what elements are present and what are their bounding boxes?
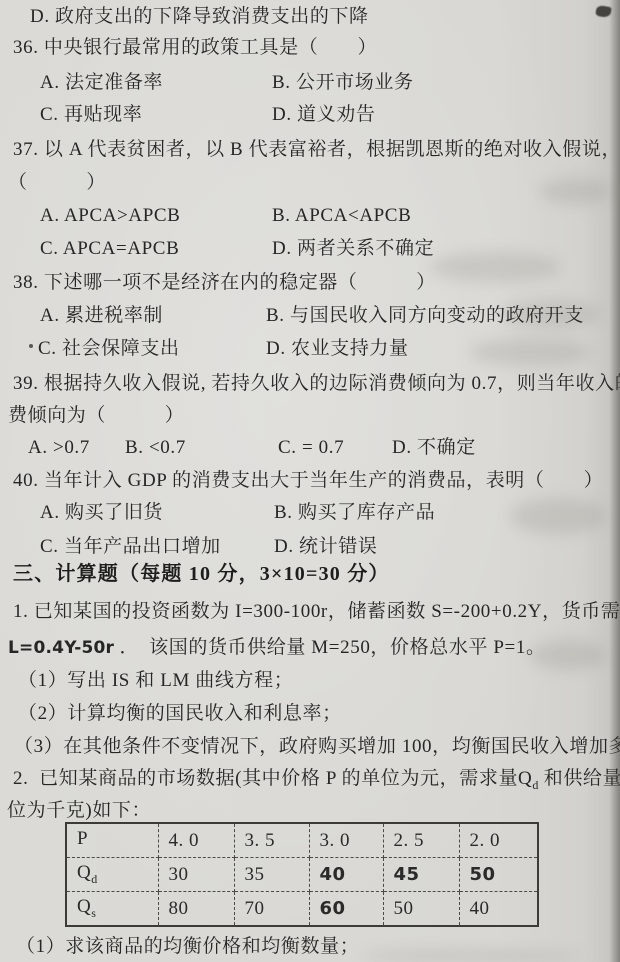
q37-option-d: D. 两者关系不确定 [272,238,434,260]
q38-option-a: A. 累进税率制 [40,305,163,327]
problem-1-line1: 1. 已知某国的投资函数为 I=300-100r，储蓄函数 S=-200+0.2… [13,601,620,623]
q39-option-a: A. >0.7 [28,437,90,459]
table-cell-label: Qd [66,858,158,892]
bleedthrough-smudge [430,252,560,282]
problem-2-line2: 位为千克)如下： [7,800,151,822]
bleedthrough-smudge [470,338,590,366]
problem-1-line2-rest: ． 该国的货币供给量 M=250，价格总水平 P=1。 [114,637,545,658]
q38-option-c: C. 社会保障支出 [38,338,180,360]
table-cell: 45 [383,858,459,892]
q40-stem: 40. 当年计入 GDP 的消费支出大于当年生产的消费品，表明（ ） [13,470,603,492]
table-cell: 2. 5 [383,823,459,858]
table-cell: 40 [459,892,538,927]
scanned-exam-page: D. 政府支出的下降导致消费支出的下降 36. 中央银行最常用的政策工具是（ ）… [0,0,620,962]
table-row-demand: Qd 30 35 40 45 50 [66,858,538,892]
problem-1-sub2: （2）计算均衡的国民收入和利息率； [18,703,342,725]
table-cell: 80 [158,892,234,927]
q37-option-a: A. APCA>APCB [40,205,180,227]
q37-option-b: B. APCA<APCB [272,205,411,227]
q36-option-c: C. 再贴现率 [40,104,142,126]
scan-speck [29,344,33,348]
problem-2-line1-b: 和供给量Q [538,768,620,789]
table-cell: 60 [309,892,383,927]
table-cell: 40 [309,858,383,892]
table-cell-label: Qs [66,892,158,927]
table-cell: 3. 5 [234,823,309,858]
page-edge-shadow [609,0,620,962]
q39-option-d: D. 不确定 [392,437,476,459]
q36-option-b: B. 公开市场业务 [272,72,414,94]
problem-2-line1: 2. 已知某商品的市场数据(其中价格 P 的单位为元，需求量Qd 和供给量Qs … [13,768,620,796]
q36-stem: 36. 中央银行最常用的政策工具是（ ） [13,37,377,59]
bleedthrough-smudge [510,498,605,534]
table-cell: 50 [459,858,538,892]
problem-2-line1-a: 2. 已知某商品的市场数据(其中价格 P 的单位为元，需求量Q [13,768,532,789]
q39-option-b: B. <0.7 [125,437,186,459]
table-cell: 2. 0 [459,823,538,858]
table-cell: 3. 0 [309,823,383,858]
q40-option-d: D. 统计错误 [274,536,377,558]
q40-option-b: B. 购买了库存产品 [274,502,435,524]
q40-option-a: A. 购买了旧货 [40,502,163,524]
table-cell: 70 [234,892,309,927]
q37-stem: 37. 以 A 代表贫困者，以 B 代表富裕者，根据凯恩斯的绝对收入假说，应存在 [13,139,620,161]
bleedthrough-smudge [540,178,610,204]
q39-option-c: C. = 0.7 [278,437,344,459]
q36-option-a: A. 法定准备率 [40,72,163,94]
table-row-supply: Qs 80 70 60 50 40 [66,892,538,927]
formula-lm: L=0.4Y-50r [8,638,114,658]
table-cell-label: P [66,823,158,858]
q37-stem-parens: （ ） [8,172,106,194]
market-data-table: P 4. 0 3. 5 3. 0 2. 5 2. 0 Qd 30 35 40 4… [65,822,539,927]
problem-1-sub3: （3）在其他条件不变情况下，政府购买增加 100，均衡国民收入增加多少? [14,736,620,758]
bleedthrough-smudge [360,950,580,962]
table-cell: 50 [383,892,459,927]
q39-stem: 39. 根据持久收入假说, 若持久收入的边际消费倾向为 0.7，则当年收入的边际… [13,373,620,395]
table-cell: 35 [234,858,309,892]
q38-option-b: B. 与国民收入同方向变动的政府开支 [266,305,584,327]
q39-stem-line2: 费倾向为（ ） [8,405,184,427]
q35-option-d: D. 政府支出的下降导致消费支出的下降 [30,6,369,28]
section-3-heading: 三、计算题（每题 10 分，3×10=30 分） [13,563,390,585]
q38-option-d: D. 农业支持力量 [266,338,409,360]
q40-option-c: C. 当年产品出口增加 [40,536,221,558]
table-row-price: P 4. 0 3. 5 3. 0 2. 5 2. 0 [66,823,538,858]
table-cell: 30 [158,858,234,892]
problem-1-sub1: （1）写出 IS 和 LM 曲线方程； [18,670,293,692]
table-cell: 4. 0 [158,823,234,858]
q36-option-d: D. 道义劝告 [272,104,375,126]
problem-2-sub1: （1）求该商品的均衡价格和均衡数量； [16,936,359,958]
problem-1-line2: L=0.4Y-50r ． 该国的货币供给量 M=250，价格总水平 P=1。 [8,637,546,659]
q37-option-c: C. APCA=APCB [40,238,179,260]
q38-stem: 38. 下述哪一项不是经济在内的稳定器（ ） [13,272,436,294]
